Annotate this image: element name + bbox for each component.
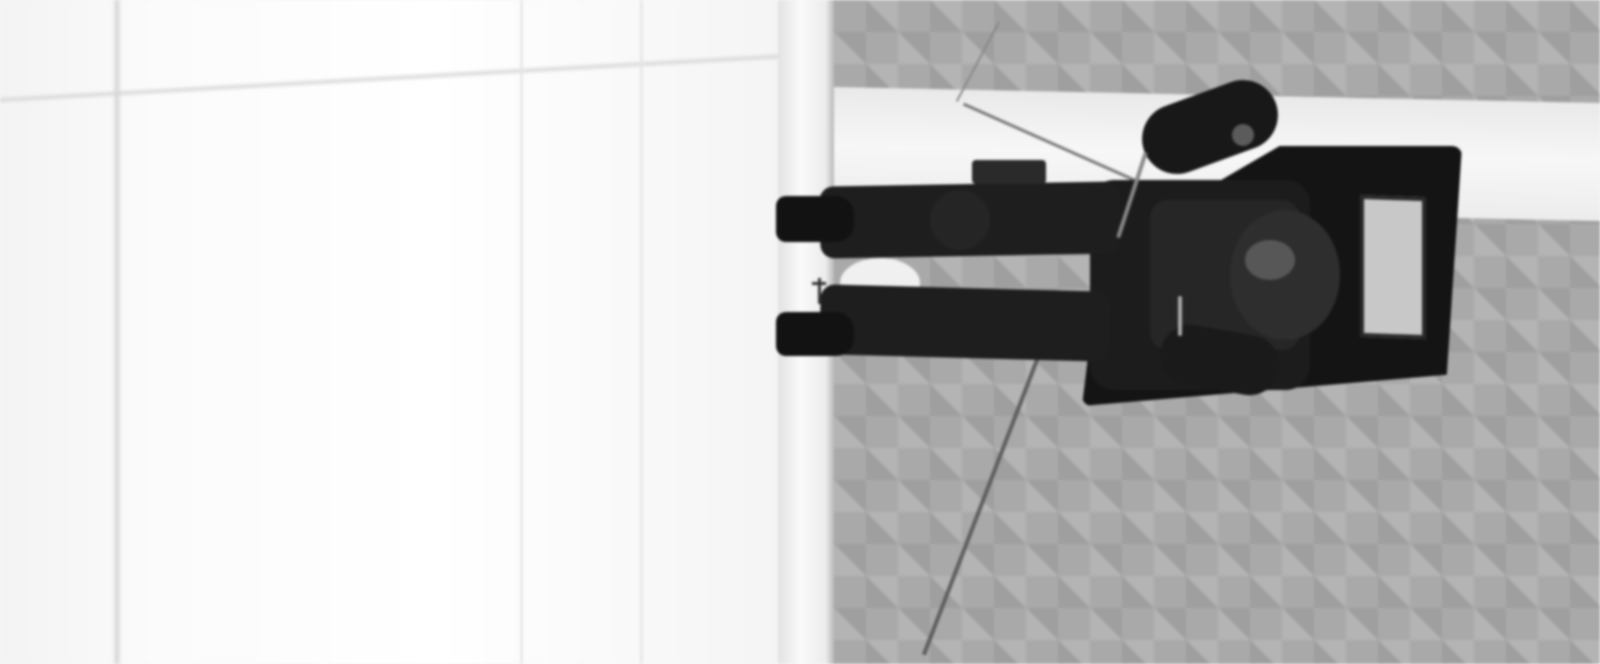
thigh-holster [972, 160, 1046, 184]
harness-strap [1178, 296, 1182, 336]
photo-scene [0, 0, 1600, 664]
boot [776, 196, 854, 242]
glove-highlight [1232, 124, 1254, 146]
helmet-highlight [1245, 240, 1295, 280]
boot [776, 312, 854, 356]
knee-pad [930, 190, 990, 250]
tactical-officer [0, 0, 1600, 664]
shield-viewport [1360, 195, 1426, 339]
officer-leg [819, 284, 1111, 362]
